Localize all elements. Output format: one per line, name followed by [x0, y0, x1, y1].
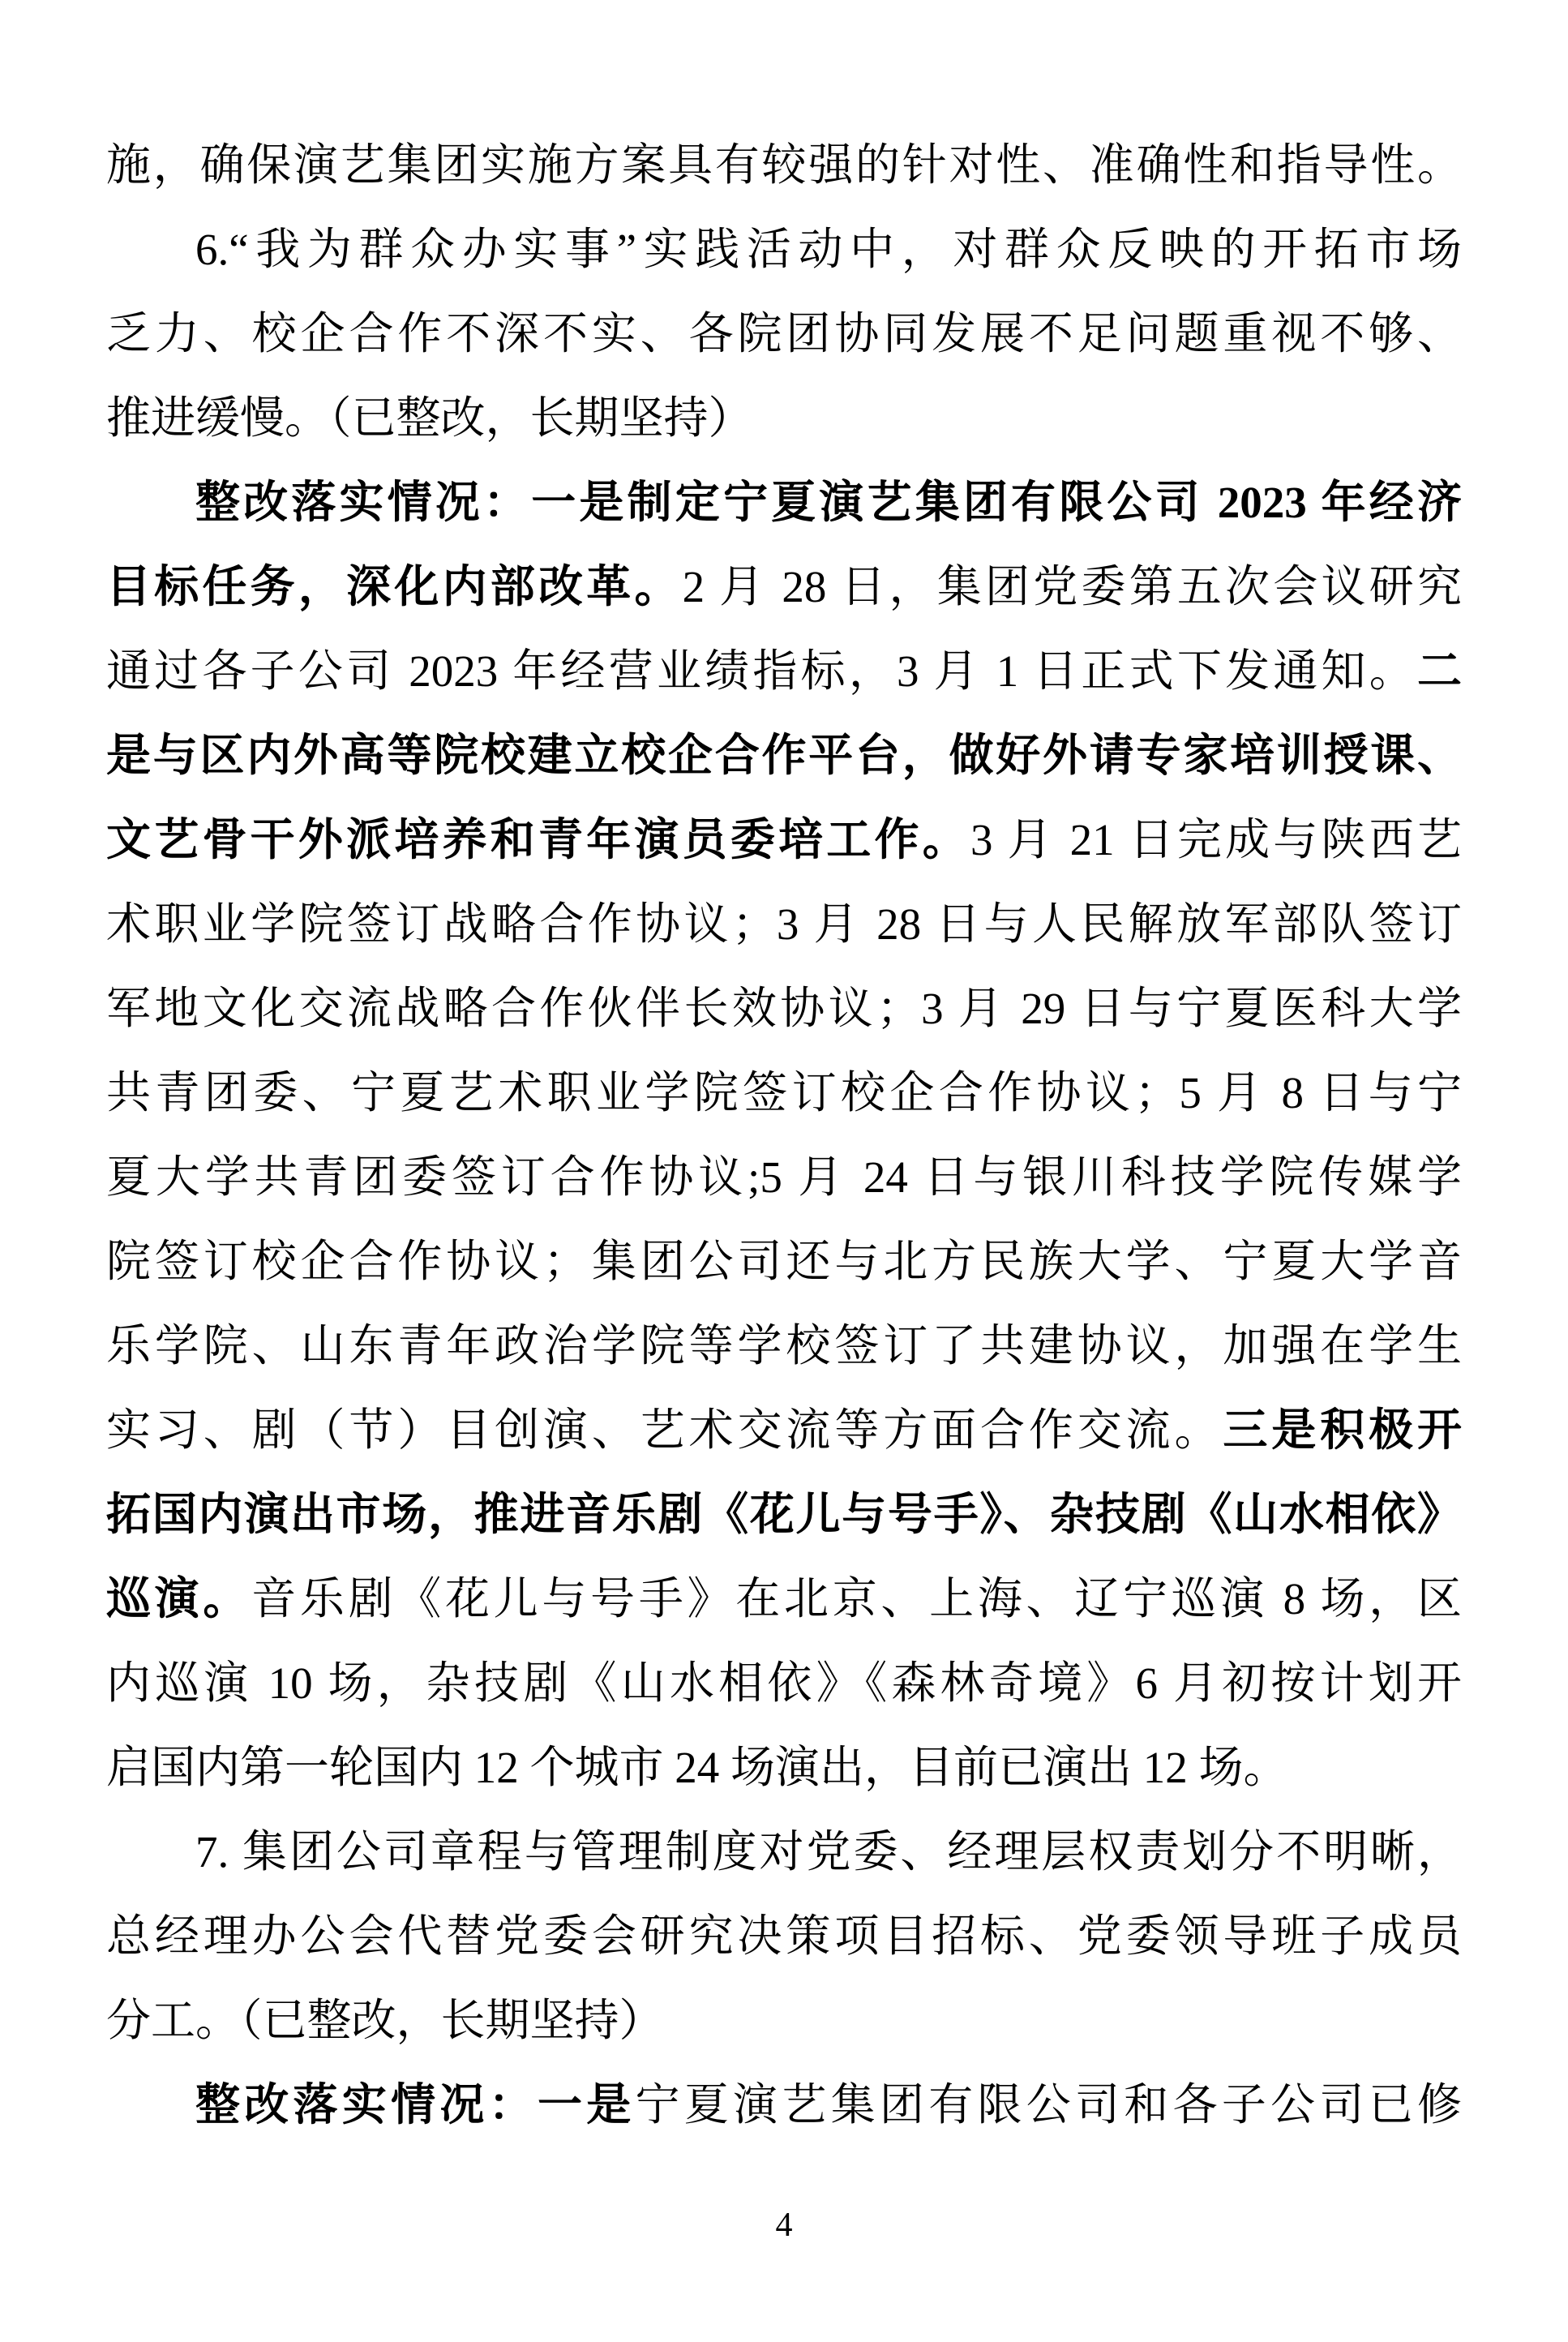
bold-text-segment: 整改落实情况：一是 [195, 2080, 636, 2130]
document-page: 施，确保演艺集团实施方案具有较强的针对性、准确性和指导性。6.“我为群众办实事”… [0, 0, 1568, 2342]
text-line: 乏力、校企合作不深不实、各院团协同发展不足问题重视不够、 [106, 292, 1462, 376]
text-segment: 军地文化交流战略合作伙伴长效协议；3 月 29 日与宁夏医科大学 [106, 984, 1462, 1033]
text-segment: 共青团委、宁夏艺术职业学院签订校企合作协议；5 月 8 日与宁 [106, 1068, 1462, 1117]
text-line: 整改落实情况：一是宁夏演艺集团有限公司和各子公司已修 [106, 2063, 1462, 2147]
text-line: 7. 集团公司章程与管理制度对党委、经理层权责划分不明晰， [106, 1810, 1462, 1894]
bold-text-segment: 巡演。 [106, 1574, 251, 1624]
text-line: 拓国内演出市场，推进音乐剧《花儿与号手》、杂技剧《山水相依》 [106, 1473, 1462, 1557]
text-line: 共青团委、宁夏艺术职业学院签订校企合作协议；5 月 8 日与宁 [106, 1051, 1462, 1135]
text-line: 总经理办公会代替党委会研究决策项目招标、党委领导班子成员 [106, 1894, 1462, 1979]
text-line: 整改落实情况：一是制定宁夏演艺集团有限公司 2023 年经济 [106, 461, 1462, 545]
bold-text-segment: 拓国内演出市场，推进音乐剧《花儿与号手》、杂技剧《山水相依》 [106, 1490, 1462, 1539]
text-line: 乐学院、山东青年政治学院等学校签订了共建协议，加强在学生 [106, 1304, 1462, 1388]
text-segment: 宁夏演艺集团有限公司和各子公司已修 [636, 2080, 1462, 2130]
bold-text-segment: 整改落实情况：一是制定宁夏演艺集团有限公司 2023 年经济 [195, 478, 1462, 527]
text-segment: 夏大学共青团委签订合作协议;5 月 24 日与银川科技学院传媒学 [106, 1152, 1462, 1202]
text-segment: 2 月 28 日，集团党委第五次会议研究 [683, 562, 1462, 611]
text-segment: 启国内第一轮国内 12 个城市 24 场演出，目前已演出 12 场。 [106, 1743, 1288, 1792]
text-line: 启国内第一轮国内 12 个城市 24 场演出，目前已演出 12 场。 [106, 1726, 1462, 1810]
text-line: 6.“我为群众办实事”实践活动中，对群众反映的开拓市场 [106, 208, 1462, 292]
bold-text-segment: 二 [1417, 646, 1462, 696]
text-line: 通过各子公司 2023 年经营业绩指标，3 月 1 日正式下发通知。二 [106, 629, 1462, 714]
text-line: 巡演。音乐剧《花儿与号手》在北京、上海、辽宁巡演 8 场，区 [106, 1557, 1462, 1641]
text-segment: 乏力、校企合作不深不实、各院团协同发展不足问题重视不够、 [106, 309, 1462, 358]
text-segment: 通过各子公司 2023 年经营业绩指标，3 月 1 日正式下发通知。 [106, 646, 1417, 696]
bold-text-segment: 文艺骨干外派培养和青年演员委培工作。 [106, 815, 970, 864]
text-line: 目标任务，深化内部改革。2 月 28 日，集团党委第五次会议研究 [106, 545, 1462, 629]
text-line: 军地文化交流战略合作伙伴长效协议；3 月 29 日与宁夏医科大学 [106, 967, 1462, 1051]
text-line: 是与区内外高等院校建立校企合作平台，做好外请专家培训授课、 [106, 714, 1462, 798]
text-segment: 实习、剧（节）目创演、艺术交流等方面合作交流。 [106, 1405, 1223, 1455]
text-line: 分工。（已整改，长期坚持） [106, 1979, 1462, 2063]
text-line: 文艺骨干外派培养和青年演员委培工作。3 月 21 日完成与陕西艺 [106, 798, 1462, 882]
text-segment: 音乐剧《花儿与号手》在北京、上海、辽宁巡演 8 场，区 [251, 1574, 1462, 1624]
text-segment: 术职业学院签订战略合作协议；3 月 28 日与人民解放军部队签订 [106, 899, 1462, 949]
bold-text-segment: 目标任务，深化内部改革。 [106, 562, 683, 611]
bold-text-segment: 三是积极开 [1223, 1405, 1462, 1455]
text-segment: 施，确保演艺集团实施方案具有较强的针对性、准确性和指导性。 [106, 140, 1462, 190]
text-line: 推进缓慢。（已整改，长期坚持） [106, 376, 1462, 461]
text-segment: 内巡演 10 场，杂技剧《山水相依》《森林奇境》6 月初按计划开 [106, 1658, 1462, 1708]
text-line: 实习、剧（节）目创演、艺术交流等方面合作交流。三是积极开 [106, 1388, 1462, 1473]
text-segment: 推进缓慢。（已整改，长期坚持） [106, 393, 753, 443]
text-line: 院签订校企合作协议；集团公司还与北方民族大学、宁夏大学音 [106, 1220, 1462, 1304]
text-segment: 7. 集团公司章程与管理制度对党委、经理层权责划分不明晰， [195, 1827, 1462, 1877]
bold-text-segment: 是与区内外高等院校建立校企合作平台，做好外请专家培训授课、 [106, 731, 1462, 780]
text-segment: 乐学院、山东青年政治学院等学校签订了共建协议，加强在学生 [106, 1321, 1462, 1370]
text-segment: 总经理办公会代替党委会研究决策项目招标、党委领导班子成员 [106, 1911, 1462, 1961]
text-segment: 分工。（已整改，长期坚持） [106, 1996, 664, 2045]
page-number: 4 [0, 2206, 1568, 2245]
document-body: 施，确保演艺集团实施方案具有较强的针对性、准确性和指导性。6.“我为群众办实事”… [106, 123, 1462, 2147]
text-line: 施，确保演艺集团实施方案具有较强的针对性、准确性和指导性。 [106, 123, 1462, 208]
text-segment: 院签订校企合作协议；集团公司还与北方民族大学、宁夏大学音 [106, 1237, 1462, 1286]
text-segment: 3 月 21 日完成与陕西艺 [970, 815, 1462, 864]
text-line: 内巡演 10 场，杂技剧《山水相依》《森林奇境》6 月初按计划开 [106, 1641, 1462, 1726]
text-segment: 6.“我为群众办实事”实践活动中，对群众反映的开拓市场 [195, 225, 1462, 274]
text-line: 术职业学院签订战略合作协议；3 月 28 日与人民解放军部队签订 [106, 882, 1462, 967]
text-line: 夏大学共青团委签订合作协议;5 月 24 日与银川科技学院传媒学 [106, 1135, 1462, 1220]
